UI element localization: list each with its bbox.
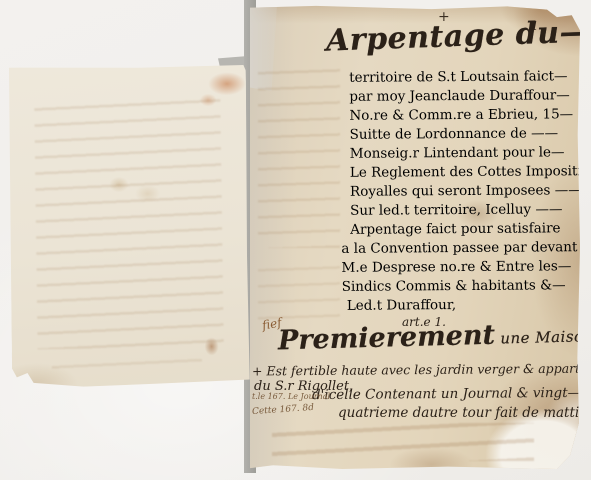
- left-page: [8, 64, 250, 387]
- manuscript-line: quatrieme dautre tour fait de mattiq—: [338, 405, 591, 421]
- manuscript-line: par moy Jeanclaude Duraffour—: [349, 86, 577, 107]
- left-page-bleed-through: [34, 97, 223, 350]
- manuscript-line: Sur led.t territoire, Icelluy ——: [350, 200, 578, 221]
- repair-tissue: [250, 5, 277, 91]
- manuscript-line: + Est fertible haute avec les jardin ver…: [252, 360, 591, 378]
- manuscript-line: No.re & Comm.re a Ebrieu, 15—: [349, 105, 577, 126]
- premierement-rest: une Maison—: [495, 327, 591, 348]
- margin-note: t.le 167. Le Journal: [252, 392, 330, 401]
- manuscript-body: territoire de S.t Loutsain faict— par mo…: [349, 67, 579, 316]
- manuscript-line: Arpentage faict pour satisfaire: [350, 219, 578, 240]
- manuscript-photo: + 1 Arpentage du— territoire de S.t Lout…: [0, 0, 591, 480]
- manuscript-line: Le Reglement des Cottes Impositions: [350, 162, 578, 183]
- right-page: + 1 Arpentage du— territoire de S.t Lout…: [250, 5, 580, 469]
- manuscript-line: Led.t Duraffour,: [347, 295, 579, 316]
- manuscript-line: Sindics Commis & habitants &—: [342, 276, 579, 297]
- right-page-bleed-through: [272, 423, 534, 461]
- manuscript-title: Arpentage du—: [325, 14, 590, 58]
- left-page-bleed-through: [52, 355, 202, 375]
- premierement-word: Premierement: [278, 320, 496, 357]
- manuscript-line: Monseig.r Lintendant pour le—: [350, 143, 578, 164]
- premierement-heading: Premierement une Maison—: [278, 317, 591, 357]
- margin-note: Cette 167. 8d: [252, 403, 315, 417]
- manuscript-line: Royalles qui seront Imposees ——: [350, 181, 578, 202]
- manuscript-line: a la Convention passee par devant: [341, 238, 578, 259]
- manuscript-line: d'icelle Contenant un Journal & vingt—: [312, 385, 581, 403]
- manuscript-line: territoire de S.t Loutsain faict—: [349, 67, 577, 88]
- manuscript-line: Suitte de Lordonnance de ——: [350, 124, 578, 145]
- manuscript-line: M.e Desprese no.re & Entre les—: [341, 257, 578, 278]
